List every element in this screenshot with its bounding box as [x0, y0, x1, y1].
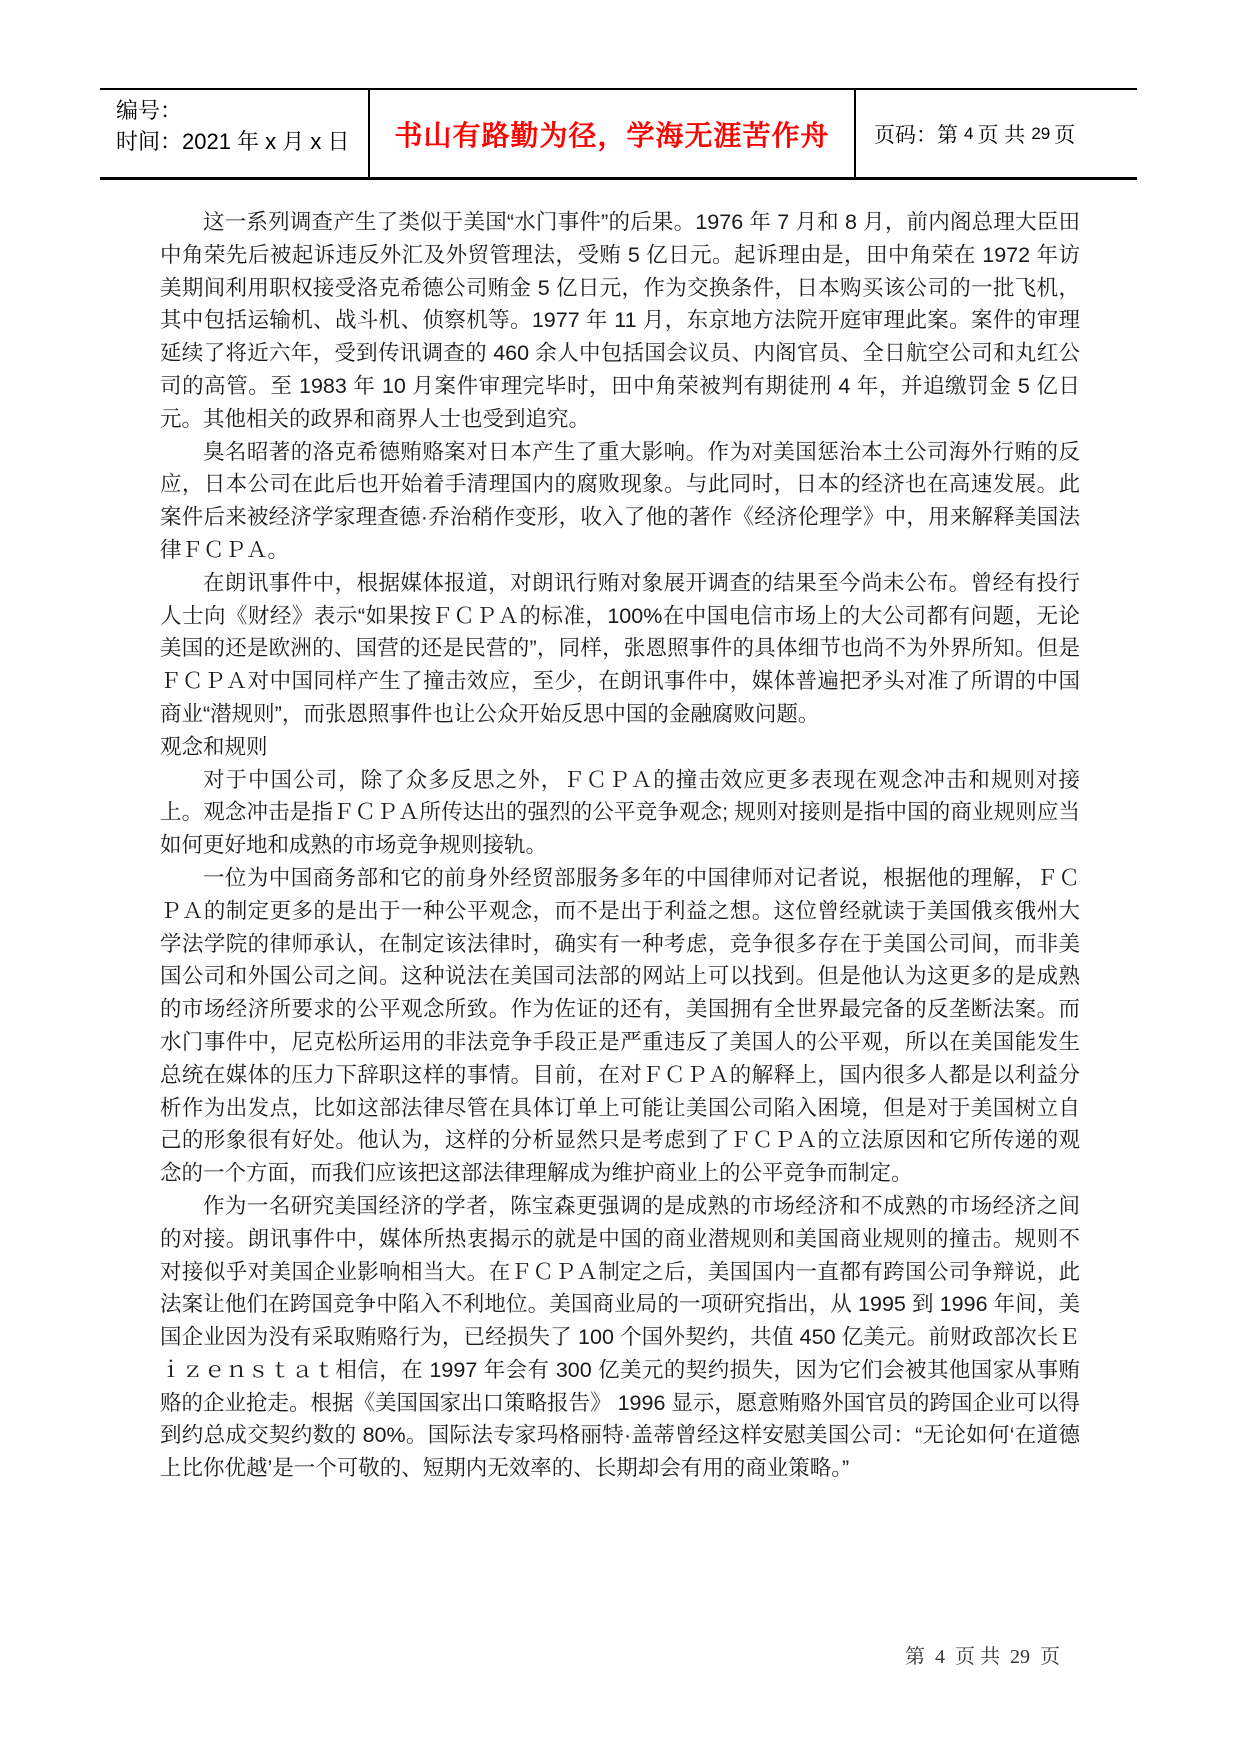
page-label-mid: 页 共: [977, 119, 1027, 149]
paragraph-lockheed-impact: 臭名昭著的洛克希德贿赂案对日本产生了重大影响。作为对美国惩治本土公司海外行贿的反…: [160, 436, 1080, 567]
footer-page-indicator: 第4页 共29页: [900, 1640, 1065, 1669]
section-heading-concepts-rules: 观念和规则: [160, 731, 1080, 764]
footer-suffix: 页: [1035, 1646, 1065, 1668]
footer-total-pages: 29: [1005, 1646, 1035, 1668]
footer-mid: 页 共: [950, 1646, 1005, 1668]
header-slogan-cell: 书山有路勤为径，学海无涯苦作舟: [370, 90, 856, 177]
document-page: 编号： 时间：2021 年 x 月 x 日 书山有路勤为径，学海无涯苦作舟 页码…: [0, 0, 1241, 1754]
header-meta-cell: 编号： 时间：2021 年 x 月 x 日: [100, 90, 370, 177]
paragraph-scholar-view: 作为一名研究美国经济的学者，陈宝森更强调的是成熟的市场经济和不成熟的市场经济之间…: [160, 1190, 1080, 1485]
paragraph-lawyer-view: 一位为中国商务部和它的前身外经贸部服务多年的中国律师对记者说，根据他的理解，ＦＣ…: [160, 862, 1080, 1190]
header-pagenumber-cell: 页码：第 4 页 共 29 页: [856, 90, 1137, 177]
page-label-suffix: 页: [1054, 119, 1077, 149]
footer-current-page: 4: [930, 1646, 950, 1668]
header-slogan-text: 书山有路勤为径，学海无涯苦作舟: [394, 114, 829, 154]
footer-prefix: 第: [900, 1646, 930, 1668]
document-body: 这一系列调查产生了类似于美国“水门事件”的后果。1976 年 7 月和 8 月，…: [160, 206, 1080, 1485]
paragraph-lucent-fcpa: 在朗讯事件中，根据媒体报道，对朗讯行贿对象展开调查的结果至今尚未公布。曾经有投行…: [160, 567, 1080, 731]
doc-date-label: 时间：2021 年 x 月 x 日: [116, 126, 368, 157]
doc-number-label: 编号：: [116, 95, 368, 126]
header-table: 编号： 时间：2021 年 x 月 x 日 书山有路勤为径，学海无涯苦作舟 页码…: [100, 88, 1137, 180]
page-label-current: 4: [960, 124, 977, 144]
page-label-total: 29: [1027, 124, 1054, 144]
paragraph-concept-impact: 对于中国公司，除了众多反思之外，ＦＣＰＡ的撞击效应更多表现在观念冲击和规则对接上…: [160, 764, 1080, 862]
paragraph-lockheed-consequence: 这一系列调查产生了类似于美国“水门事件”的后果。1976 年 7 月和 8 月，…: [160, 206, 1080, 436]
page-label-prefix: 页码：第: [874, 119, 960, 149]
